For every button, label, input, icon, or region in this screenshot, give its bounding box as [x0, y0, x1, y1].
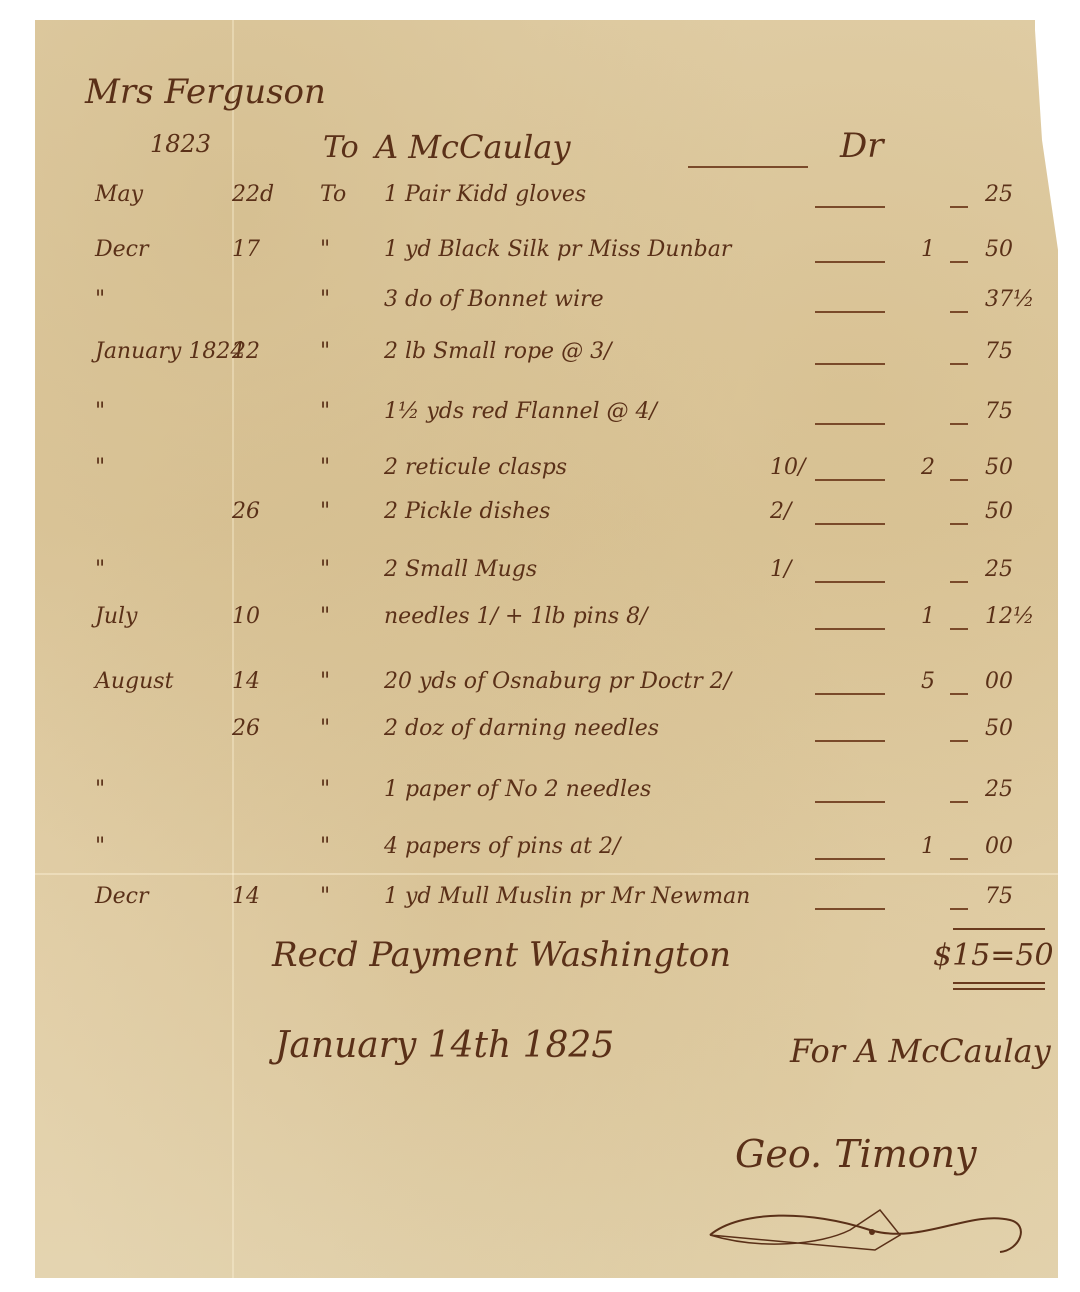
entry-month: ": [95, 455, 105, 480]
entry-cents: 50: [985, 716, 1013, 741]
entry-description: 1½ yds red Flannel @ 4/: [384, 399, 657, 424]
ledger-row: July10"needles 1/ + 1lb pins 8/112½: [0, 600, 1080, 640]
entry-description: 1 yd Black Silk pr Miss Dunbar: [384, 237, 731, 262]
entry-description: 1 paper of No 2 needles: [384, 777, 651, 802]
dollar-cent-dash: [950, 740, 968, 742]
entry-month: ": [95, 287, 105, 312]
entry-month: ": [95, 777, 105, 802]
entry-dollars: 5: [905, 669, 935, 694]
entry-to: ": [320, 399, 330, 424]
leader-dash: [815, 858, 885, 860]
leader-dash: [815, 740, 885, 742]
dollar-cent-dash: [950, 423, 968, 425]
entry-month: January 1824: [95, 339, 244, 364]
entry-dollars: 1: [905, 604, 935, 629]
dollar-cent-dash: [950, 801, 968, 803]
ledger-row: ""2 Small Mugs251/: [0, 553, 1080, 593]
customer-name: Mrs Ferguson: [85, 72, 326, 112]
entry-description: 20 yds of Osnaburg pr Doctr 2/: [384, 669, 731, 694]
ledger-row: January 182422"2 lb Small rope @ 3/75: [0, 335, 1080, 375]
entry-dollars: 1: [905, 834, 935, 859]
ledger-row: ""4 papers of pins at 2/100: [0, 830, 1080, 870]
leader-dash: [815, 423, 885, 425]
ledger-row: August14"20 yds of Osnaburg pr Doctr 2/5…: [0, 665, 1080, 705]
entry-day: 22d: [232, 182, 274, 207]
entry-cents: 50: [985, 499, 1013, 524]
entry-to: ": [320, 557, 330, 582]
entry-to: ": [320, 455, 330, 480]
entry-description: needles 1/ + 1lb pins 8/: [384, 604, 648, 629]
entry-description: 2 lb Small rope @ 3/: [384, 339, 611, 364]
entry-rate: 1/: [770, 557, 791, 582]
signature-flourish: [700, 1190, 1030, 1260]
entry-day: 22: [232, 339, 260, 364]
leader-dash: [815, 363, 885, 365]
entry-to: ": [320, 884, 330, 909]
entry-description: 1 yd Mull Muslin pr Mr Newman: [384, 884, 750, 909]
ledger-row: ""2 reticule clasps25010/: [0, 451, 1080, 491]
entry-to: ": [320, 287, 330, 312]
entry-rate: 10/: [770, 455, 805, 480]
sum-rule: [953, 928, 1045, 930]
entry-dollars: 1: [905, 237, 935, 262]
debit-label: Dr: [840, 126, 884, 166]
entry-dollars: 2: [905, 455, 935, 480]
total-underline-double: [953, 988, 1045, 990]
entry-description: 2 doz of darning needles: [384, 716, 659, 741]
dollar-cent-dash: [950, 858, 968, 860]
dollar-cent-dash: [950, 363, 968, 365]
entry-description: 1 Pair Kidd gloves: [384, 182, 586, 207]
leader-dash: [815, 206, 885, 208]
receipt-date: January 14th 1825: [275, 1025, 614, 1066]
ledger-row: 26"2 doz of darning needles50: [0, 712, 1080, 752]
leader-dash: [815, 801, 885, 803]
ledger-row: Decr17"1 yd Black Silk pr Miss Dunbar150: [0, 233, 1080, 273]
entry-to: ": [320, 716, 330, 741]
merchant-name: A McCaulay: [375, 128, 571, 166]
entry-cents: 37½: [985, 287, 1034, 312]
entry-month: ": [95, 834, 105, 859]
entry-month: August: [95, 669, 173, 694]
entry-description: 2 reticule clasps: [384, 455, 567, 480]
leader-dash: [815, 479, 885, 481]
entry-month: July: [95, 604, 137, 629]
entry-cents: 75: [985, 884, 1013, 909]
dollar-cent-dash: [950, 908, 968, 910]
year-heading: 1823: [150, 130, 211, 158]
dollar-cent-dash: [950, 693, 968, 695]
receipt-for: For A McCaulay: [790, 1032, 1051, 1070]
entry-description: 3 do of Bonnet wire: [384, 287, 604, 312]
entry-month: ": [95, 557, 105, 582]
entry-day: 17: [232, 237, 260, 262]
leader-dash: [815, 311, 885, 313]
entry-cents: 50: [985, 455, 1013, 480]
entry-to: ": [320, 237, 330, 262]
entry-cents: 75: [985, 399, 1013, 424]
entry-cents: 25: [985, 182, 1013, 207]
dollar-cent-dash: [950, 206, 968, 208]
dollar-cent-dash: [950, 311, 968, 313]
leader-dash: [815, 581, 885, 583]
entry-day: 14: [232, 669, 260, 694]
ledger-row: 26"2 Pickle dishes502/: [0, 495, 1080, 535]
entry-to: ": [320, 604, 330, 629]
entry-month: May: [95, 182, 143, 207]
entry-cents: 25: [985, 557, 1013, 582]
entry-cents: 00: [985, 834, 1013, 859]
entry-rate: 2/: [770, 499, 791, 524]
entry-description: 2 Pickle dishes: [384, 499, 550, 524]
leader-dash: [815, 261, 885, 263]
entry-cents: 00: [985, 669, 1013, 694]
entry-cents: 25: [985, 777, 1013, 802]
leader-dash: [815, 908, 885, 910]
entry-cents: 12½: [985, 604, 1034, 629]
entry-to: ": [320, 339, 330, 364]
ledger-row: ""1½ yds red Flannel @ 4/75: [0, 395, 1080, 435]
ledger-row: Decr14"1 yd Mull Muslin pr Mr Newman75: [0, 880, 1080, 920]
header-rule: [688, 166, 808, 168]
entry-description: 4 papers of pins at 2/: [384, 834, 620, 859]
dollar-cent-dash: [950, 523, 968, 525]
signature: Geo. Timony: [735, 1132, 977, 1176]
ledger-row: ""3 do of Bonnet wire37½: [0, 283, 1080, 323]
entry-to: ": [320, 834, 330, 859]
entry-day: 10: [232, 604, 260, 629]
leader-dash: [815, 693, 885, 695]
entry-to: To: [320, 182, 346, 207]
entry-cents: 75: [985, 339, 1013, 364]
total-amount: $15=50: [933, 938, 1054, 973]
entry-to: ": [320, 777, 330, 802]
entry-day: 26: [232, 716, 260, 741]
leader-dash: [815, 628, 885, 630]
fold-crease-horizontal: [35, 873, 1058, 875]
to-label: To: [323, 130, 359, 165]
leader-dash: [815, 523, 885, 525]
entry-day: 14: [232, 884, 260, 909]
dollar-cent-dash: [950, 628, 968, 630]
entry-cents: 50: [985, 237, 1013, 262]
entry-description: 2 Small Mugs: [384, 557, 537, 582]
entry-month: Decr: [95, 884, 149, 909]
total-underline: [953, 982, 1045, 984]
dollar-cent-dash: [950, 261, 968, 263]
entry-to: ": [320, 669, 330, 694]
receipt-line: Recd Payment Washington: [272, 935, 731, 975]
entry-month: Decr: [95, 237, 149, 262]
ledger-row: ""1 paper of No 2 needles25: [0, 773, 1080, 813]
dollar-cent-dash: [950, 581, 968, 583]
entry-to: ": [320, 499, 330, 524]
entry-month: ": [95, 399, 105, 424]
ledger-row: May22dTo1 Pair Kidd gloves25: [0, 178, 1080, 218]
dollar-cent-dash: [950, 479, 968, 481]
entry-day: 26: [232, 499, 260, 524]
